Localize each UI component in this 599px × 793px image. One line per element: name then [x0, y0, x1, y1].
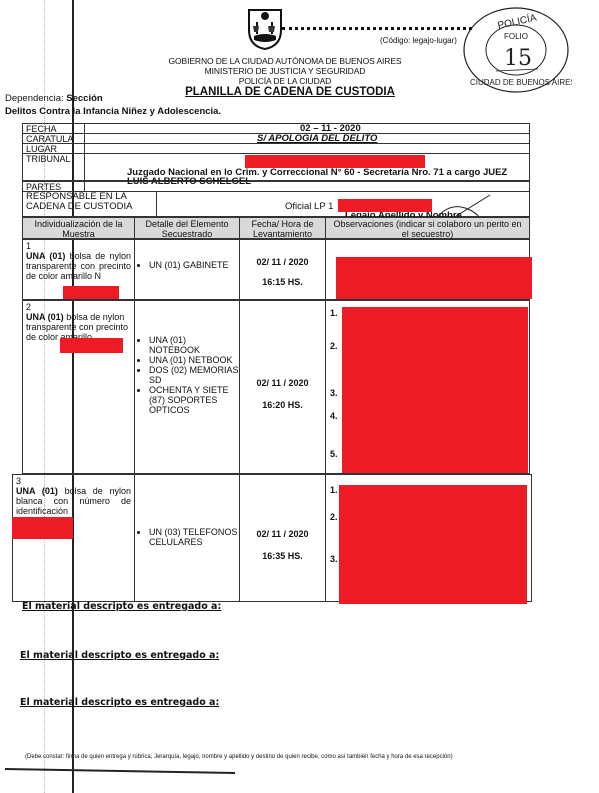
row-3-items: UN (03) TELEFONOS CELULARES — [135, 527, 239, 547]
redacted-row2-obs — [342, 307, 528, 473]
ministry-line: MINISTERIO DE JUSTICIA Y SEGURIDAD — [140, 66, 430, 76]
footnote: (Debe constar: firma de quien entrega y … — [25, 754, 453, 760]
row-fecha: 02/ 11 / 2020 — [240, 378, 325, 388]
table-row-1-detalle: UN (01) GABINETE — [135, 239, 240, 300]
row-number: 3 — [16, 476, 131, 486]
dependencia: Dependencia: Sección — [5, 93, 103, 104]
obs-number: 2. — [330, 341, 338, 351]
bottom-border-line — [5, 768, 235, 774]
col-header-detalle: Detalle del Elemento Secuestrado — [135, 217, 240, 239]
row-hora: 16:20 HS. — [240, 400, 325, 410]
obs-number: 1. — [330, 485, 338, 495]
col-header-muestra-text: Individualización de la Muestra — [23, 218, 134, 240]
row-hora: 16:35 HS. — [240, 551, 325, 561]
row-1-items: UN (01) GABINETE — [135, 260, 239, 270]
redacted-row3-obs — [339, 485, 527, 604]
col-header-muestra: Individualización de la Muestra — [22, 217, 135, 239]
col-header-detalle-text: Detalle del Elemento Secuestrado — [135, 218, 239, 240]
item: UN (03) TELEFONOS CELULARES — [149, 527, 239, 547]
redacted-row2-muestra — [60, 338, 123, 353]
obs-number: 3. — [330, 388, 338, 398]
row-number: 1 — [26, 241, 131, 251]
row-muestra-bold: UNA (01) — [26, 251, 65, 261]
responsable-label-2: CADENA DE CUSTODIA — [23, 202, 156, 212]
row-2-items: UNA (01) NOTEBOOK UNA (01) NETBOOK DOS (… — [135, 335, 239, 415]
col-header-fecha-text: Fecha/ Hora de Levantamiento — [240, 218, 325, 240]
tribunal-label: TRIBUNAL — [23, 154, 71, 164]
folio-stamp: POLICÍA FOLIO 15 CIUDAD DE BUENOS AIRES — [460, 5, 572, 95]
row-muestra-bold: UNA (01) — [16, 486, 58, 496]
row-fecha: 02/ 11 / 2020 — [240, 529, 325, 539]
responsable-label-cell: RESPONSABLE EN LA CADENA DE CUSTODIA — [22, 191, 157, 217]
stamp-folio-number: 15 — [504, 46, 532, 71]
table-row-3-fecha: 02/ 11 / 2020 16:35 HS. — [240, 474, 326, 602]
row-hora: 16:15 HS. — [240, 277, 325, 287]
tribunal-label-cell: TRIBUNAL — [22, 153, 85, 181]
table-row-3-detalle: UN (03) TELEFONOS CELULARES — [135, 474, 240, 602]
item: UN (01) GABINETE — [149, 260, 239, 270]
row-number: 2 — [26, 302, 131, 312]
col-header-fecha: Fecha/ Hora de Levantamiento — [240, 217, 326, 239]
obs-number: 2. — [330, 512, 338, 522]
obs-number: 4. — [330, 411, 338, 421]
table-row-2-fecha: 02/ 11 / 2020 16:20 HS. — [240, 300, 326, 474]
page-title: PLANILLA DE CADENA DE CUSTODIA — [150, 86, 430, 98]
item: DOS (02) MEMORIAS SD — [149, 365, 239, 385]
table-row-2-detalle: UNA (01) NOTEBOOK UNA (01) NETBOOK DOS (… — [135, 300, 240, 474]
entregado-3: El material descripto es entregado a: — [20, 697, 219, 708]
codigo-label: (Código: legajo-lugar) — [380, 36, 457, 45]
gov-line: GOBIERNO DE LA CIUDAD AUTÓNOMA DE BUENOS… — [140, 56, 430, 66]
row-fecha: 02/ 11 / 2020 — [240, 257, 325, 267]
stamp-bottom-text: CIUDAD DE BUENOS AIRES — [470, 78, 572, 87]
entregado-2: El material descripto es entregado a: — [20, 650, 219, 661]
dotted-signature-line — [282, 27, 472, 30]
item: OCHENTA Y SIETE (87) SOPORTES OPTICOS — [149, 385, 239, 415]
table-row-2-muestra: 2 UNA (01) bolsa de nylon transparente c… — [22, 300, 135, 474]
redacted-row1-muestra — [63, 286, 119, 299]
city-coat-of-arms-icon — [247, 6, 283, 50]
obs-number: 5. — [330, 449, 338, 459]
stamp-folio-label: FOLIO — [504, 32, 528, 41]
dependencia-value: Sección — [66, 93, 102, 104]
col-header-observaciones-text: Observaciones (indicar si colaboro un pe… — [326, 218, 529, 240]
obs-number: 3. — [330, 554, 338, 564]
row-muestra-bold: UNA (01) — [26, 312, 64, 322]
dependencia-detail: Delitos Contra la Infancia Niñez y Adole… — [5, 106, 221, 117]
col-header-observaciones: Observaciones (indicar si colaboro un pe… — [326, 217, 530, 239]
dependencia-label: Dependencia: — [5, 93, 64, 104]
government-header: GOBIERNO DE LA CIUDAD AUTÓNOMA DE BUENOS… — [140, 56, 430, 86]
redacted-responsable — [338, 199, 432, 212]
police-line: POLICÍA DE LA CIUDAD — [140, 76, 430, 86]
responsable-value: Oficial LP 1 — [285, 202, 333, 212]
obs-number: 1. — [330, 308, 338, 318]
table-row-1-fecha: 02/ 11 / 2020 16:15 HS. — [240, 239, 326, 300]
redacted-row1-obs — [336, 257, 532, 299]
entregado-1: El material descripto es entregado a: — [22, 601, 221, 612]
item: UNA (01) NETBOOK — [149, 355, 239, 365]
item: UNA (01) NOTEBOOK — [149, 335, 239, 355]
redacted-row3-muestra — [12, 517, 73, 539]
